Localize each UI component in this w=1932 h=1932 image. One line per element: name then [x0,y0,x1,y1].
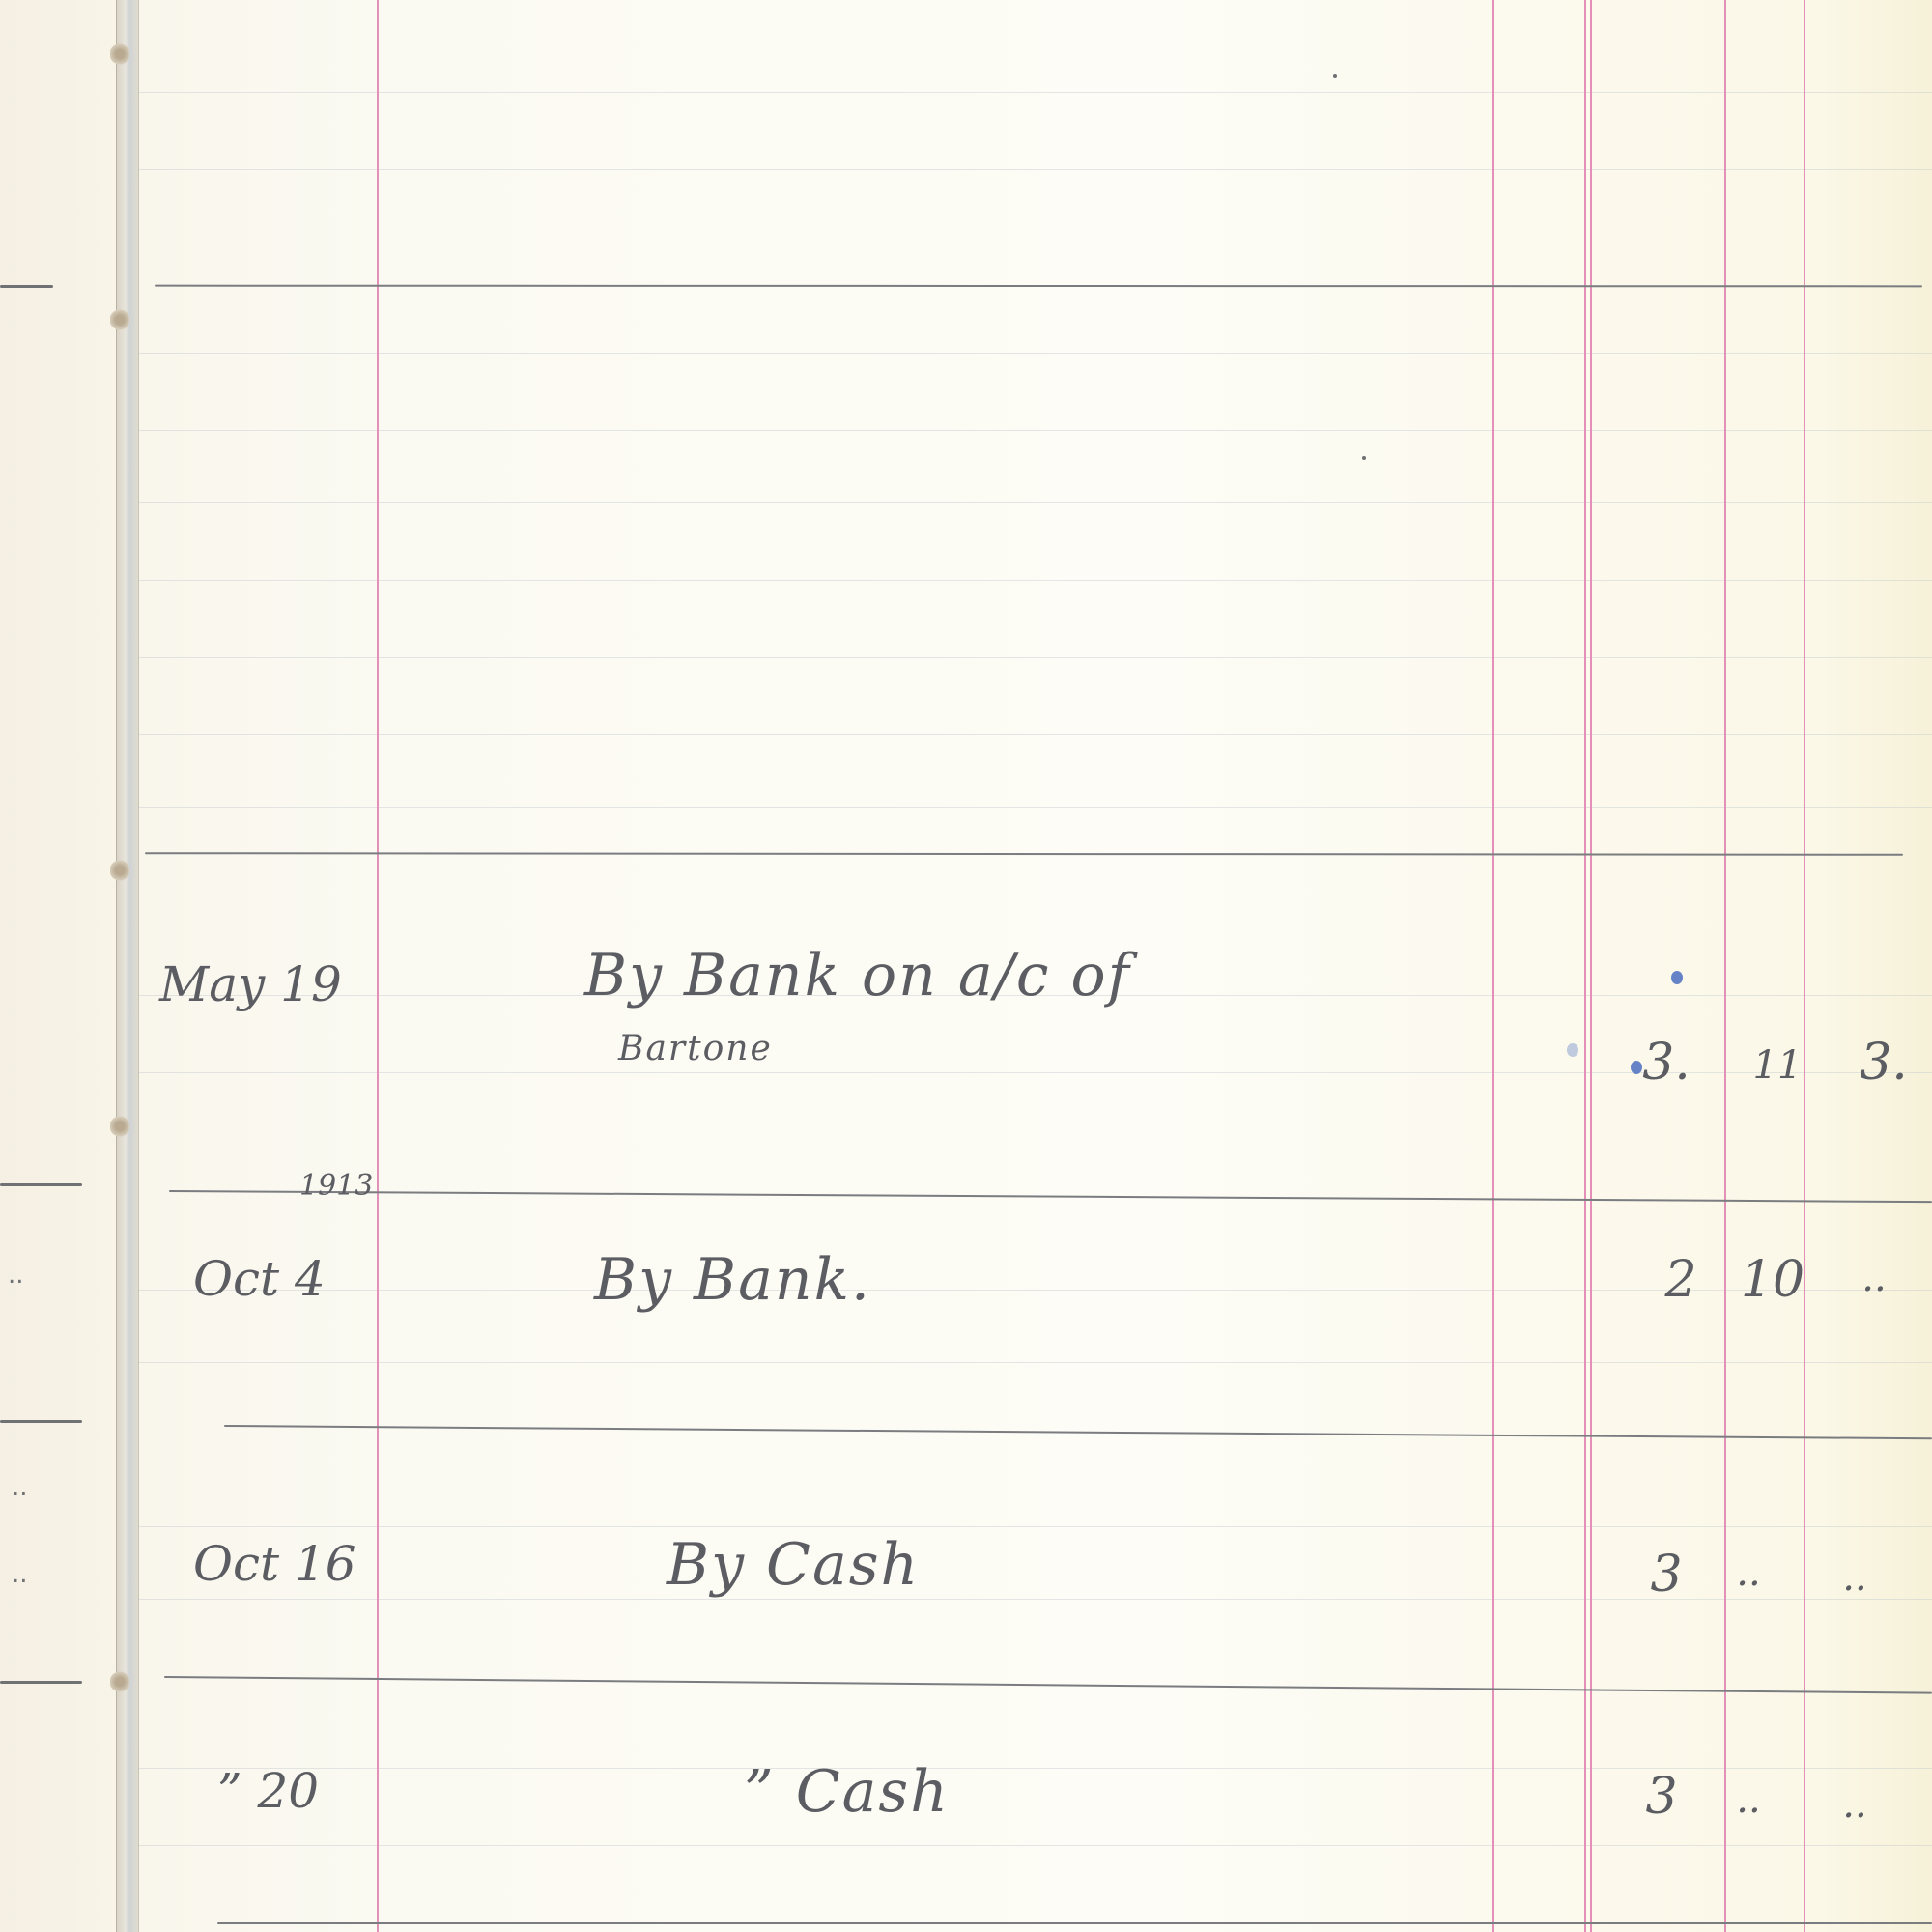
entry-particulars-line2: Bartone [618,1029,773,1068]
entry-date: Oct 4 [193,1251,326,1307]
binding-stitch [110,860,129,881]
entry-shillings: .. [1690,1777,1806,1822]
pounds-column-rule-1 [1584,0,1586,1932]
entry-date: Oct 16 [193,1536,356,1592]
entry-pence: .. [1797,1782,1913,1827]
entry-shillings: .. [1690,1550,1806,1595]
facing-page-line [0,1681,82,1684]
paper-speck [1333,74,1337,78]
section-divider [169,1190,1932,1203]
year-note: 1913 [299,1169,373,1203]
entry-date: ” 20 [217,1763,319,1819]
facing-page-mark: .. [12,1473,28,1502]
binding-stitch [110,1671,129,1692]
ink-blot [1671,971,1683,984]
entry-pence: .. [1816,1256,1932,1300]
facing-page-line [0,285,53,288]
date-column-rule [377,0,379,1932]
entry-particulars: By Bank. [594,1246,871,1314]
binding-stitch [110,1116,129,1137]
pounds-column-rule-2 [1590,0,1592,1932]
section-divider [224,1425,1932,1439]
entry-pounds: 3. [1608,1034,1724,1092]
section-divider [155,285,1922,288]
entry-particulars: By Cash [667,1531,920,1599]
binding-stitch [110,43,129,65]
facing-page-mark: .. [8,1261,24,1290]
binding-stitch [110,309,129,330]
entry-pence: .. [1797,1555,1913,1600]
folio-column-rule [1492,0,1494,1932]
entry-shillings: 11 [1719,1043,1835,1088]
facing-page-mark: .. [12,1560,28,1589]
facing-page-line [0,1183,82,1186]
section-divider [217,1922,1932,1924]
entry-particulars: By Bank on a/c of [584,942,1131,1009]
facing-page-line [0,1420,82,1423]
paper-speck [1362,456,1366,460]
entry-shillings: 10 [1715,1251,1831,1309]
entry-date: May 19 [159,956,342,1012]
entry-pence: 3. [1826,1034,1932,1092]
section-divider [164,1676,1932,1694]
pence-column-rule [1804,0,1805,1932]
shillings-column-rule [1724,0,1726,1932]
book-spine [116,0,139,1932]
entry-particulars: ” Cash [744,1758,950,1826]
section-divider [145,852,1903,856]
ink-blot [1567,1043,1578,1057]
